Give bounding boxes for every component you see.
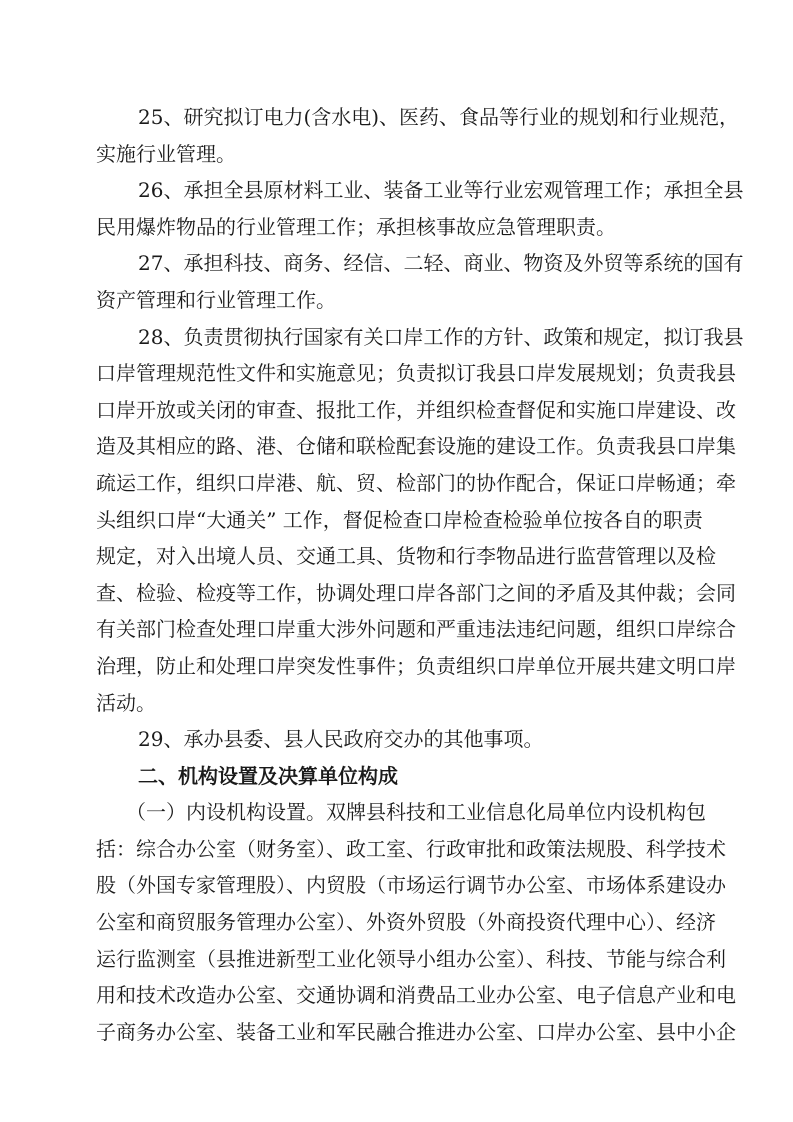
subsection-1-line-4: 公室和商贸服务管理办公室）、外资外贸股（外商投资代理中心）、经济 bbox=[96, 904, 698, 941]
document-page: 25、研究拟订电力(含水电)、医药、食品等行业的规划和行业规范， 实施行业管理。… bbox=[0, 0, 793, 1122]
paragraph-28-line-11: 活动。 bbox=[96, 685, 698, 722]
paragraph-28-line-8: 查、检验、检疫等工作，协调处理口岸各部门之间的矛盾及其仲裁；会同 bbox=[96, 575, 698, 612]
subsection-1-line-5: 运行监测室（县推进新型工业化领导小组办公室）、科技、节能与综合利 bbox=[96, 941, 698, 978]
paragraph-26-line-1: 26、承担全县原材料工业、装备工业等行业宏观管理工作；承担全县 bbox=[96, 172, 698, 209]
paragraph-28-line-3: 口岸开放或关闭的审查、报批工作，并组织检查督促和实施口岸建设、改 bbox=[96, 392, 698, 429]
paragraph-28-line-2: 口岸管理规范性文件和实施意见；负责拟订我县口岸发展规划；负责我县 bbox=[96, 355, 698, 392]
paragraph-28-line-7: 规定，对入出境人员、交通工具、货物和行李物品进行监营管理以及检 bbox=[96, 538, 698, 575]
section-heading: 二、机构设置及决算单位构成 bbox=[96, 758, 698, 795]
document-body: 25、研究拟订电力(含水电)、医药、食品等行业的规划和行业规范， 实施行业管理。… bbox=[96, 99, 698, 1050]
paragraph-27-line-2: 资产管理和行业管理工作。 bbox=[96, 282, 698, 319]
paragraph-28-line-5: 疏运工作，组织口岸港、航、贸、检部门的协作配合，保证口岸畅通；牵 bbox=[96, 465, 698, 502]
paragraph-28-line-6: 头组织口岸“大通关” 工作，督促检查口岸检查检验单位按各自的职责 bbox=[96, 502, 698, 539]
subsection-1-line-6: 用和技术改造办公室、交通协调和消费品工业办公室、电子信息产业和电 bbox=[96, 977, 698, 1014]
paragraph-29: 29、承办县委、县人民政府交办的其他事项。 bbox=[96, 721, 698, 758]
subsection-1-line-1: （一）内设机构设置。双牌县科技和工业信息化局单位内设机构包 bbox=[96, 794, 698, 831]
paragraph-25-line-1: 25、研究拟订电力(含水电)、医药、食品等行业的规划和行业规范， bbox=[96, 99, 698, 136]
subsection-1-line-3: 股（外国专家管理股）、内贸股（市场运行调节办公室、市场体系建设办 bbox=[96, 867, 698, 904]
paragraph-28-line-10: 治理，防止和处理口岸突发性事件；负责组织口岸单位开展共建文明口岸 bbox=[96, 648, 698, 685]
subsection-1-line-7: 子商务办公室、装备工业和军民融合推进办公室、口岸办公室、县中小企 bbox=[96, 1014, 698, 1051]
paragraph-25-line-2: 实施行业管理。 bbox=[96, 136, 698, 173]
subsection-1-line-2: 括：综合办公室（财务室）、政工室、行政审批和政策法规股、科学技术 bbox=[96, 831, 698, 868]
paragraph-27-line-1: 27、承担科技、商务、经信、二轻、商业、物资及外贸等系统的国有 bbox=[96, 245, 698, 282]
paragraph-28-line-1: 28、负责贯彻执行国家有关口岸工作的方针、政策和规定，拟订我县 bbox=[96, 319, 698, 356]
paragraph-26-line-2: 民用爆炸物品的行业管理工作；承担核事故应急管理职责。 bbox=[96, 209, 698, 246]
paragraph-28-line-9: 有关部门检查处理口岸重大涉外问题和严重违法违纪问题，组织口岸综合 bbox=[96, 611, 698, 648]
paragraph-28-line-4: 造及其相应的路、港、仓储和联检配套设施的建设工作。负责我县口岸集 bbox=[96, 428, 698, 465]
